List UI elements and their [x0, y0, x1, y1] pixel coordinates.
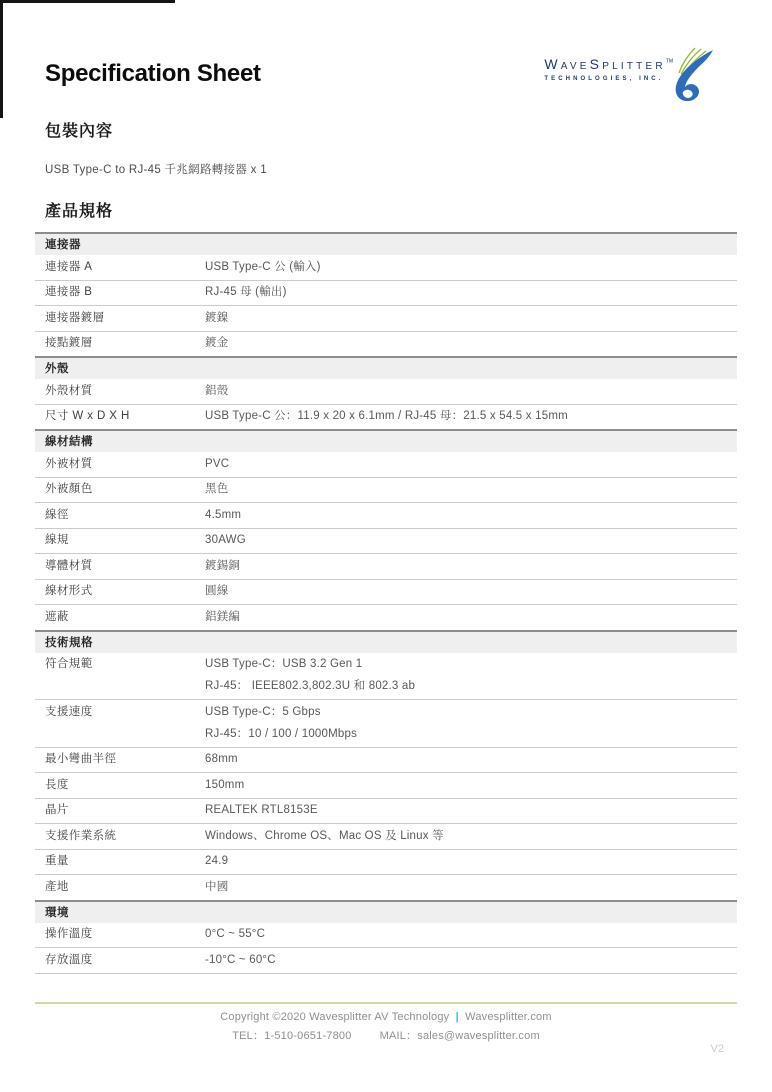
- logo-text: WAVESPLITTERTM TECHNOLOGIES, INC.: [544, 56, 673, 82]
- table-row: 支援速度USB Type-C：5 GbpsRJ-45：10 / 100 / 10…: [35, 699, 737, 747]
- row-value-line: 鍍鎳: [205, 312, 737, 326]
- row-value-line: Windows、Chrome OS、Mac OS 及 Linux 等: [205, 830, 737, 844]
- table-row: 重量24.9: [35, 849, 737, 875]
- row-label: 外殼材質: [35, 385, 205, 399]
- footer-copyright: Copyright ©2020 Wavesplitter AV Technolo…: [0, 1011, 772, 1023]
- row-value-line: 30AWG: [205, 534, 737, 548]
- row-value: 4.5mm: [205, 509, 737, 523]
- table-row: 晶片REALTEK RTL8153E: [35, 798, 737, 824]
- table-row: 線徑4.5mm: [35, 502, 737, 528]
- row-value: -10°C ~ 60°C: [205, 954, 737, 968]
- footer-tel: TEL：1-510-0651-7800: [232, 1030, 351, 1042]
- wavesplitter-logo-icon: [669, 46, 715, 107]
- row-value: 黑色: [205, 483, 737, 497]
- row-value: Windows、Chrome OS、Mac OS 及 Linux 等: [205, 830, 737, 844]
- row-label: 長度: [35, 779, 205, 793]
- table-row: 存放溫度-10°C ~ 60°C: [35, 947, 737, 973]
- row-value-line: USB Type-C 公 (輸入): [205, 261, 737, 275]
- row-value-line: 150mm: [205, 779, 737, 793]
- row-label: 晶片: [35, 804, 205, 818]
- footer-copyright-left: Copyright ©2020 Wavesplitter AV Technolo…: [220, 1011, 452, 1023]
- row-label: 支援速度: [35, 706, 205, 742]
- table-row: 接點鍍層鍍金: [35, 331, 737, 357]
- row-value-line: 黑色: [205, 483, 737, 497]
- table-row: 遮蔽鋁鎂編: [35, 604, 737, 630]
- row-value-line: RJ-45 母 (輸出): [205, 286, 737, 300]
- table-group-header: 連接器: [35, 232, 737, 255]
- row-value: 鍍錫銅: [205, 560, 737, 574]
- row-label: 連接器 B: [35, 286, 205, 300]
- logo-brand-text: WAVESPLITTERTM: [544, 56, 673, 74]
- row-value-line: -10°C ~ 60°C: [205, 954, 737, 968]
- row-value-line: 鋁殼: [205, 385, 737, 399]
- row-value: RJ-45 母 (輸出): [205, 286, 737, 300]
- table-row: 線材形式圓線: [35, 579, 737, 605]
- logo-subtitle: TECHNOLOGIES, INC.: [544, 76, 673, 82]
- row-value: 68mm: [205, 753, 737, 767]
- row-label: 產地: [35, 881, 205, 895]
- spec-table: 連接器連接器 AUSB Type-C 公 (輸入)連接器 BRJ-45 母 (輸…: [35, 232, 737, 974]
- footer-contact: TEL：1-510-0651-7800MAIL：sales@wavesplitt…: [0, 1027, 772, 1043]
- row-label: 支援作業系統: [35, 830, 205, 844]
- row-value: 中國: [205, 881, 737, 895]
- row-value-line: 鍍錫銅: [205, 560, 737, 574]
- section-heading-package: 包裝內容: [45, 118, 113, 141]
- row-label: 最小彎曲半徑: [35, 753, 205, 767]
- row-value: 鋁殼: [205, 385, 737, 399]
- row-value-line: USB Type-C：USB 3.2 Gen 1: [205, 658, 737, 672]
- table-row: 產地中國: [35, 874, 737, 900]
- scan-corner-mark-left: [0, 0, 3, 118]
- row-label: 外被材質: [35, 458, 205, 472]
- row-value: USB Type-C：USB 3.2 Gen 1RJ-45： IEEE802.3…: [205, 658, 737, 694]
- row-label: 線徑: [35, 509, 205, 523]
- row-value: PVC: [205, 458, 737, 472]
- scan-corner-mark-top: [0, 0, 175, 3]
- row-value-line: 68mm: [205, 753, 737, 767]
- row-value: 0°C ~ 55°C: [205, 928, 737, 942]
- row-value-line: USB Type-C 公：11.9 x 20 x 6.1mm / RJ-45 母…: [205, 410, 737, 424]
- table-group-header: 技術規格: [35, 630, 737, 653]
- row-label: 導體材質: [35, 560, 205, 574]
- row-value: 鍍鎳: [205, 312, 737, 326]
- row-label: 接點鍍層: [35, 337, 205, 351]
- table-group-header: 線材結構: [35, 429, 737, 452]
- row-value-line: 4.5mm: [205, 509, 737, 523]
- row-value: USB Type-C：5 GbpsRJ-45：10 / 100 / 1000Mb…: [205, 706, 737, 742]
- row-value: REALTEK RTL8153E: [205, 804, 737, 818]
- row-value: 鍍金: [205, 337, 737, 351]
- table-row: 導體材質鍍錫銅: [35, 553, 737, 579]
- row-value: 24.9: [205, 855, 737, 869]
- row-value-line: PVC: [205, 458, 737, 472]
- table-row: 尺寸 W x D X HUSB Type-C 公：11.9 x 20 x 6.1…: [35, 404, 737, 430]
- row-label: 符合規範: [35, 658, 205, 694]
- row-label: 外被顏色: [35, 483, 205, 497]
- row-value-line: 鋁鎂編: [205, 611, 737, 625]
- table-row: 最小彎曲半徑68mm: [35, 747, 737, 773]
- table-row: 支援作業系統Windows、Chrome OS、Mac OS 及 Linux 等: [35, 823, 737, 849]
- footer-rule: [35, 1002, 737, 1004]
- row-value-line: 0°C ~ 55°C: [205, 928, 737, 942]
- row-label: 重量: [35, 855, 205, 869]
- row-label: 線規: [35, 534, 205, 548]
- spec-sheet-page: Specification Sheet WAVESPLITTERTM TECHN…: [0, 0, 772, 1092]
- row-label: 遮蔽: [35, 611, 205, 625]
- row-value: 150mm: [205, 779, 737, 793]
- row-value: 圓線: [205, 585, 737, 599]
- wavesplitter-logo: WAVESPLITTERTM TECHNOLOGIES, INC.: [544, 46, 715, 107]
- table-row: 連接器 AUSB Type-C 公 (輸入): [35, 255, 737, 280]
- row-value-line: REALTEK RTL8153E: [205, 804, 737, 818]
- table-row: 線規30AWG: [35, 528, 737, 554]
- row-label: 連接器 A: [35, 261, 205, 275]
- version-label: V2: [711, 1043, 724, 1055]
- footer-site-text: Wavesplitter.com: [462, 1011, 552, 1023]
- logo-blue-swoosh: [676, 50, 713, 101]
- footer-separator: |: [453, 1011, 462, 1023]
- table-row: 長度150mm: [35, 772, 737, 798]
- row-value-line: RJ-45： IEEE802.3,802.3U 和 802.3 ab: [205, 680, 737, 694]
- table-row: 操作溫度0°C ~ 55°C: [35, 923, 737, 948]
- row-value-line: 中國: [205, 881, 737, 895]
- row-value: 鋁鎂編: [205, 611, 737, 625]
- row-label: 線材形式: [35, 585, 205, 599]
- row-value-line: USB Type-C：5 Gbps: [205, 706, 737, 720]
- table-group-header: 外殼: [35, 356, 737, 379]
- row-value-line: 圓線: [205, 585, 737, 599]
- table-row: 連接器鍍層鍍鎳: [35, 305, 737, 331]
- table-group-header: 環境: [35, 900, 737, 923]
- row-label: 連接器鍍層: [35, 312, 205, 326]
- row-value: USB Type-C 公 (輸入): [205, 261, 737, 275]
- table-row: 外殼材質鋁殼: [35, 379, 737, 404]
- table-row: 外被材質PVC: [35, 452, 737, 477]
- row-value-line: RJ-45：10 / 100 / 1000Mbps: [205, 728, 737, 742]
- row-value: 30AWG: [205, 534, 737, 548]
- row-value: USB Type-C 公：11.9 x 20 x 6.1mm / RJ-45 母…: [205, 410, 737, 424]
- table-row: 外被顏色黑色: [35, 477, 737, 503]
- row-value-line: 24.9: [205, 855, 737, 869]
- section-heading-specs: 產品規格: [45, 198, 113, 221]
- table-row: 符合規範USB Type-C：USB 3.2 Gen 1RJ-45： IEEE8…: [35, 653, 737, 700]
- row-label: 存放溫度: [35, 954, 205, 968]
- footer-mail: MAIL：sales@wavesplitter.com: [380, 1030, 540, 1042]
- row-label: 尺寸 W x D X H: [35, 410, 205, 424]
- row-label: 操作溫度: [35, 928, 205, 942]
- page-title: Specification Sheet: [45, 60, 261, 88]
- row-value-line: 鍍金: [205, 337, 737, 351]
- package-item-text: USB Type-C to RJ-45 千兆網路轉接器 x 1: [45, 161, 267, 177]
- table-row: 連接器 BRJ-45 母 (輸出): [35, 280, 737, 306]
